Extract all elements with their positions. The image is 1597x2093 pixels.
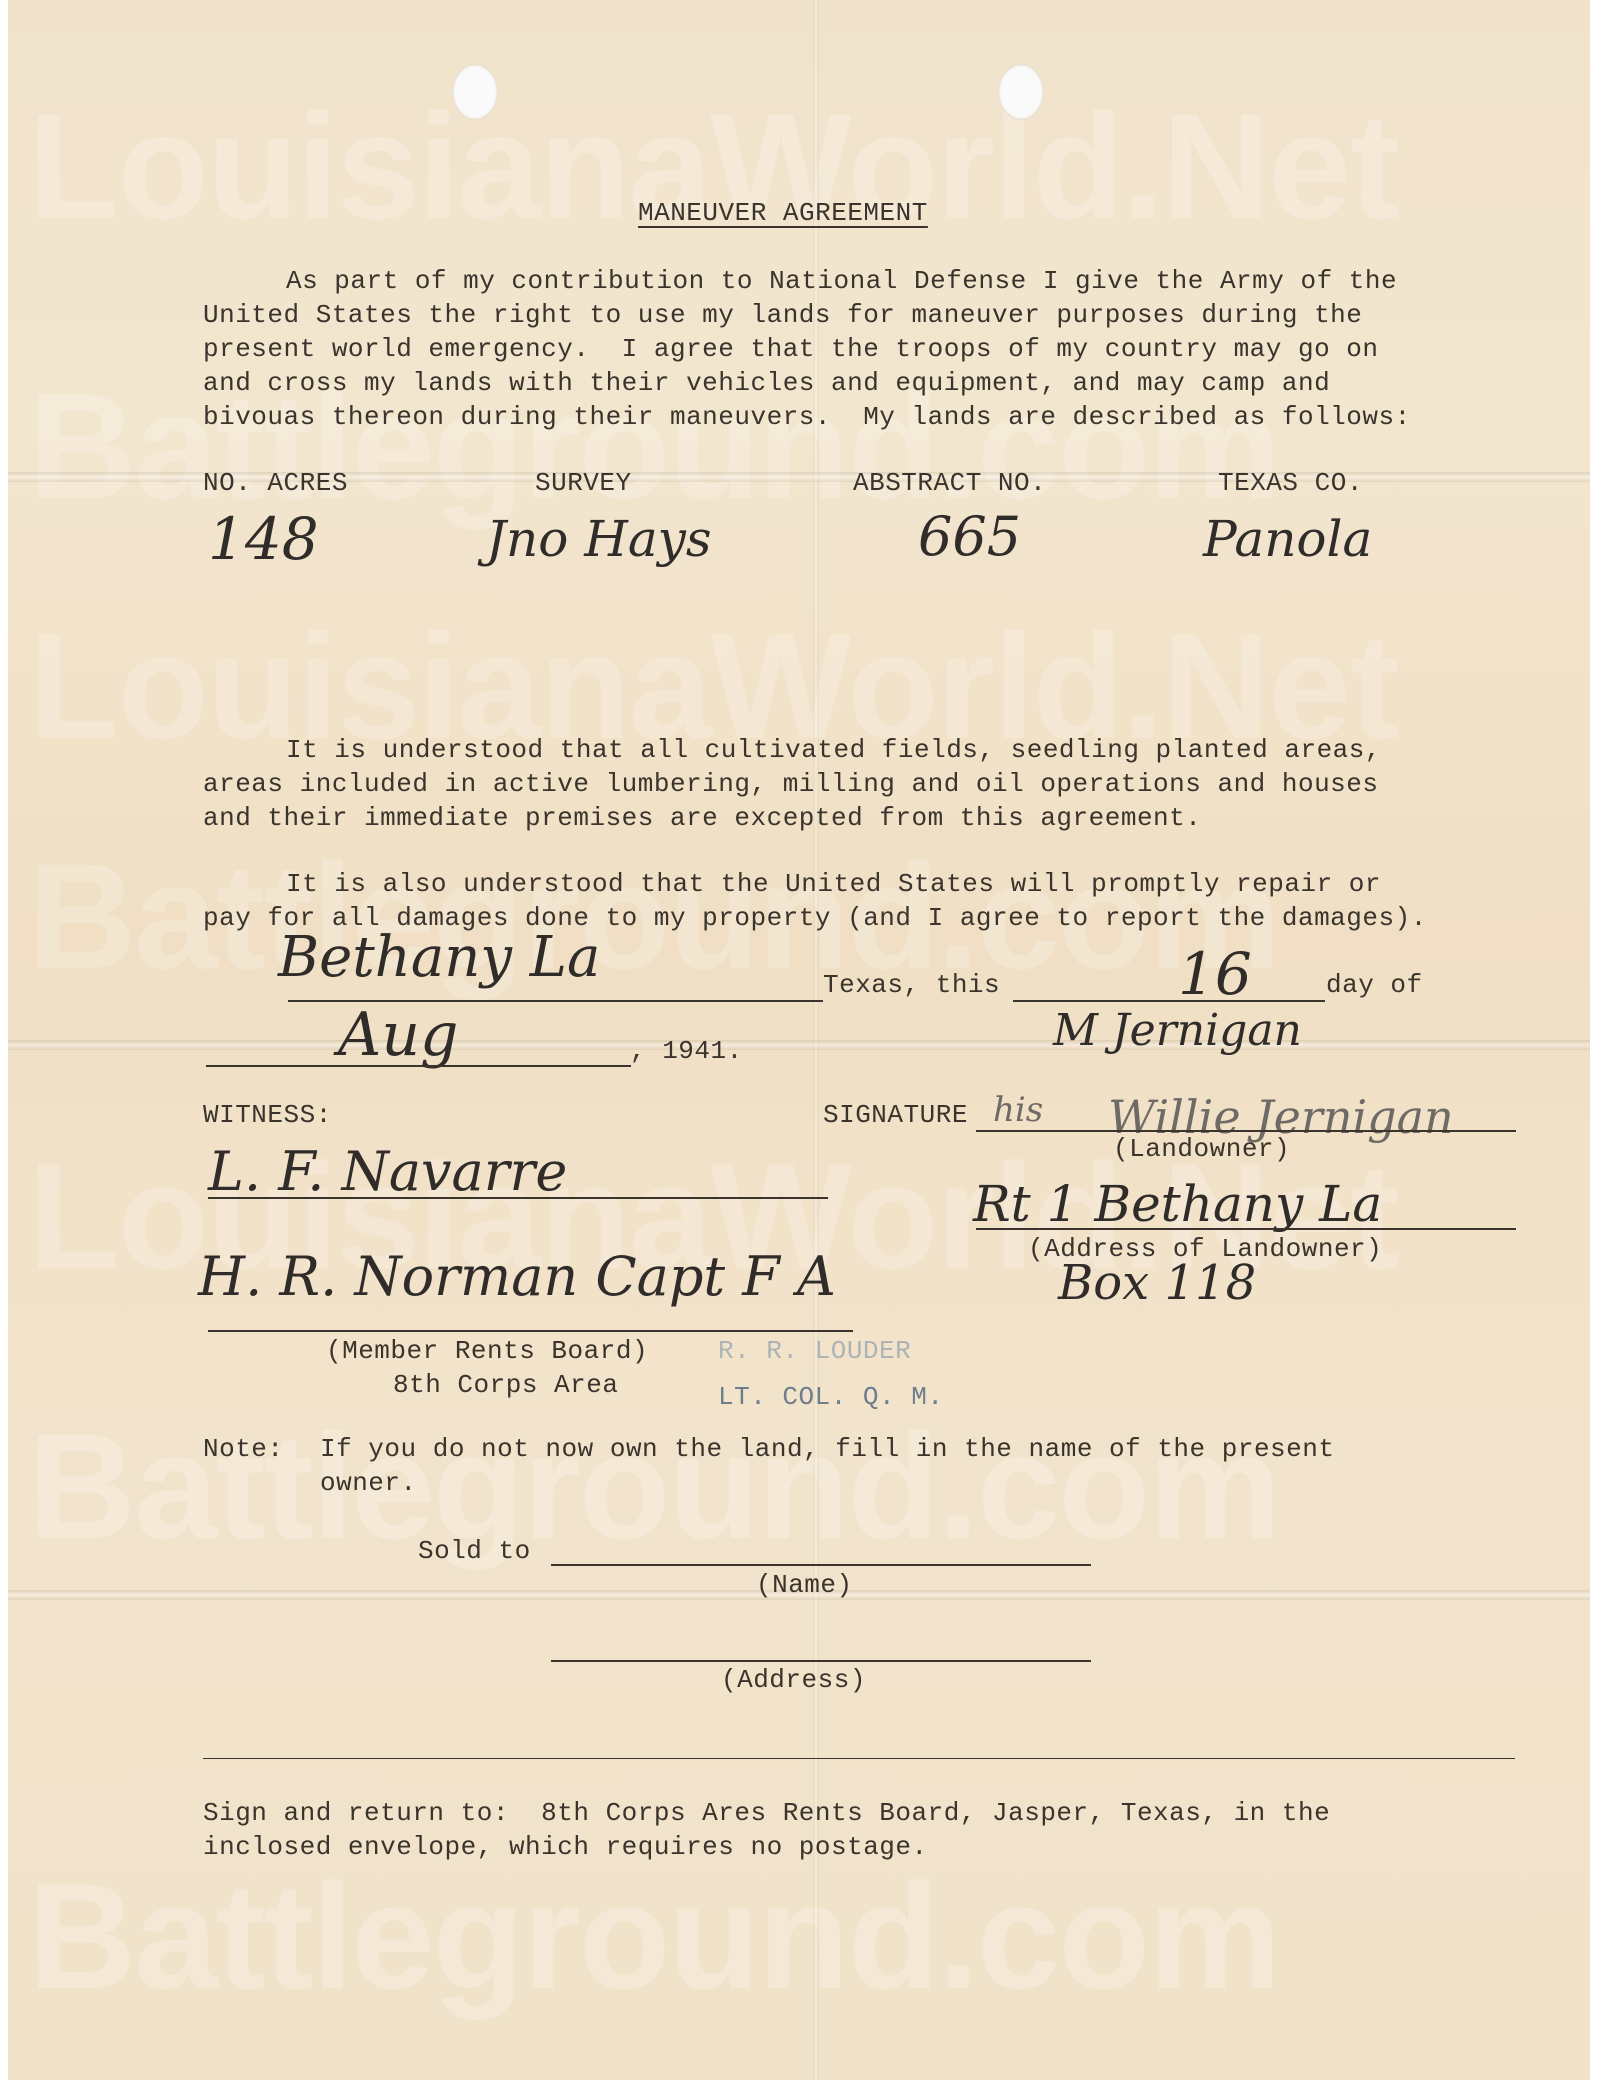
horizontal-fold <box>8 1040 1590 1050</box>
address-extra-handwritten: Box 118 <box>1058 1255 1256 1311</box>
landowner-mark-handwritten: his <box>993 1090 1043 1130</box>
address-handwritten: Rt 1 Bethany La <box>973 1175 1382 1233</box>
separator-line <box>203 1758 1515 1759</box>
paragraph2-line: areas included in active lumbering, mill… <box>203 769 1379 799</box>
paragraph3-line: It is also understood that the United St… <box>286 869 1381 899</box>
paragraph1-line: bivouas thereon during their maneuvers. … <box>203 402 1411 432</box>
value-texas-co: Panola <box>1203 510 1372 568</box>
witness1-handwritten: L. F. Navarre <box>208 1140 567 1203</box>
document-title: MANEUVER AGREEMENT <box>638 198 928 228</box>
paragraph1-line: and cross my lands with their vehicles a… <box>203 368 1330 398</box>
note-label: Note: <box>203 1434 284 1464</box>
witness-caption1: (Member Rents Board) <box>326 1336 648 1366</box>
paragraph1-line: present world emergency. I agree that th… <box>203 334 1379 364</box>
witness1-line <box>208 1197 828 1199</box>
stamp-name: R. R. LOUDER <box>718 1336 911 1366</box>
paragraph2-line: and their immediate premises are excepte… <box>203 803 1201 833</box>
watermark-line: Battleground.com <box>28 1850 1279 2023</box>
month-handwritten: Aug <box>338 1000 458 1070</box>
value-abstract-no: 665 <box>918 505 1021 568</box>
value-no-acres: 148 <box>208 505 319 573</box>
watermark-line: Battleground.com <box>28 1400 1279 1573</box>
signature-label: SIGNATURE <box>823 1100 968 1130</box>
sold-to-label: Sold to <box>418 1536 531 1566</box>
header-no-acres: NO. ACRES <box>203 468 348 498</box>
address-line <box>976 1228 1516 1230</box>
punch-hole-icon <box>998 64 1044 120</box>
signature-line <box>976 1130 1516 1132</box>
paragraph2-line: It is understood that all cultivated fie… <box>286 735 1381 765</box>
day-handwritten: 16 <box>1178 940 1252 1008</box>
month-line <box>206 1065 631 1067</box>
day-of-label: day of <box>1326 970 1423 1000</box>
note-text-line: If you do not now own the land, fill in … <box>320 1434 1334 1464</box>
sold-to-name-caption: (Name) <box>756 1570 853 1600</box>
note-text-line: owner. <box>320 1468 417 1498</box>
header-texas-co: TEXAS CO. <box>1218 468 1363 498</box>
landowner-caption: (Landowner) <box>1113 1134 1290 1164</box>
day-line <box>1013 1000 1325 1002</box>
sold-to-name-line[interactable] <box>551 1564 1091 1566</box>
texas-this-label: Texas, this <box>823 970 1000 1000</box>
header-abstract-no: ABSTRACT NO. <box>853 468 1046 498</box>
place-handwritten: Bethany La <box>278 925 600 990</box>
paragraph1-line: As part of my contribution to National D… <box>286 266 1397 296</box>
sold-to-address-caption: (Address) <box>721 1665 866 1695</box>
witness2-line <box>208 1330 853 1332</box>
footer-line: inclosed envelope, which requires no pos… <box>203 1832 928 1862</box>
year-label: , 1941. <box>630 1036 743 1066</box>
sold-to-address-line[interactable] <box>551 1660 1091 1662</box>
witness2-handwritten: H. R. Norman Capt F A <box>198 1245 836 1308</box>
header-survey: SURVEY <box>535 468 632 498</box>
document-page: LouisianaWorld.Net Battleground.com Loui… <box>8 0 1590 2080</box>
paragraph1-line: United States the right to use my lands … <box>203 300 1362 330</box>
stamp-title: LT. COL. Q. M. <box>718 1382 943 1412</box>
witness-label: WITNESS: <box>203 1100 332 1130</box>
extra-signature-handwritten: M Jernigan <box>1053 1005 1302 1056</box>
witness-caption2: 8th Corps Area <box>393 1370 618 1400</box>
footer-line: Sign and return to: 8th Corps Ares Rents… <box>203 1798 1330 1828</box>
punch-hole-icon <box>452 64 498 120</box>
value-survey: Jno Hays <box>486 510 712 568</box>
